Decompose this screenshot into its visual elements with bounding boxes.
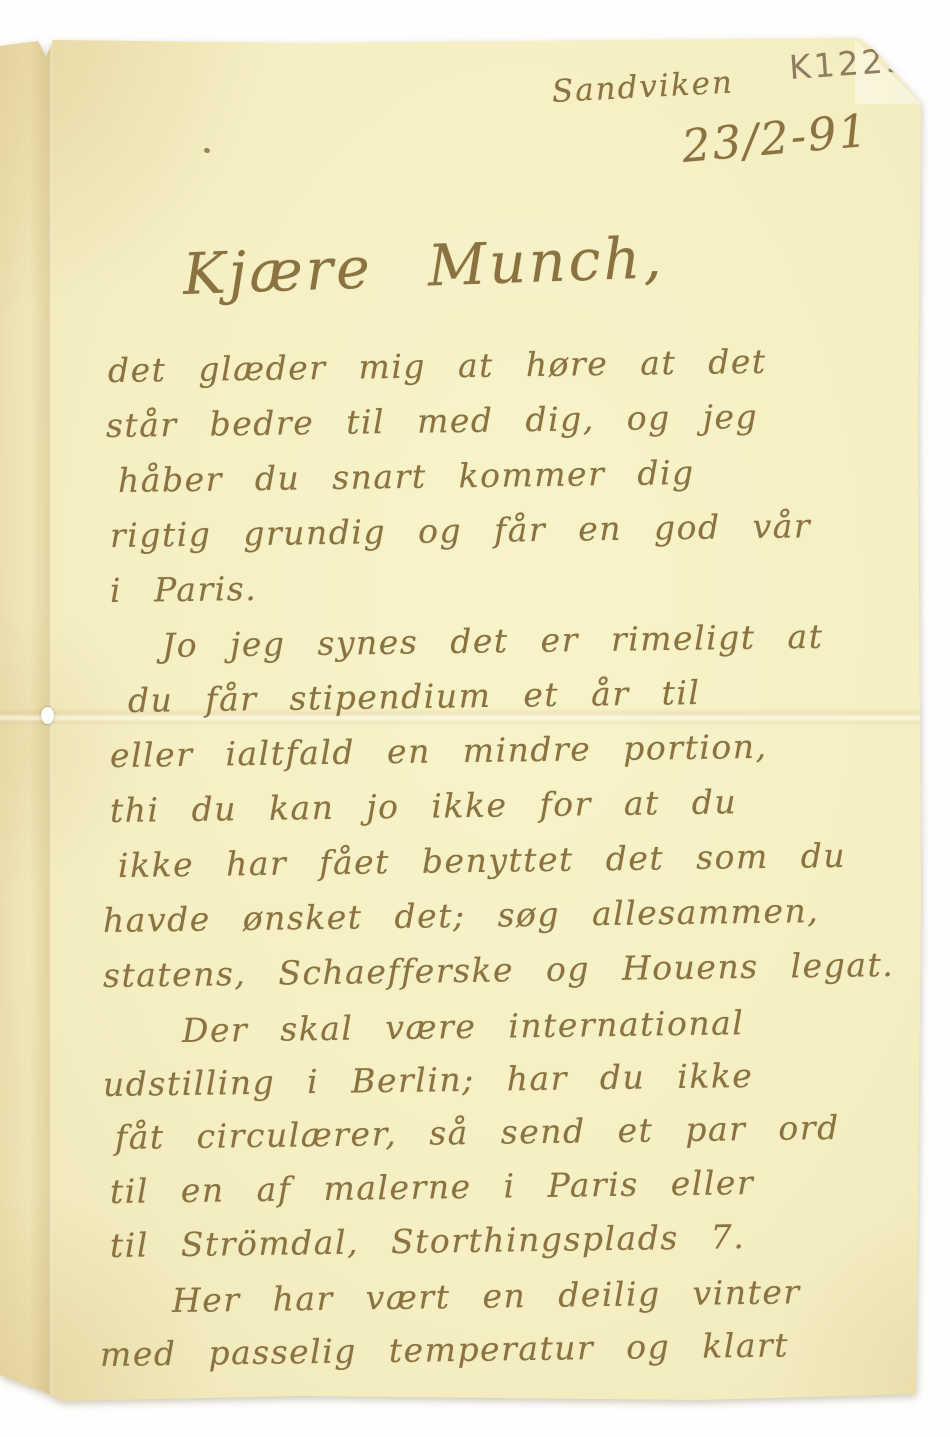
letter-line: du får stipendium et år til	[128, 676, 701, 717]
date-line: 23/2-91	[680, 104, 871, 173]
letter-line: rigtig grundig og får en god vår	[110, 509, 812, 552]
letter-line: står bedre til med dig, og jeg	[106, 400, 759, 442]
letter-line: Jo jeg synes det er rimeligt at	[162, 620, 824, 662]
letter-paper-wrap: K1223 Sandviken 23/2-91 Kjære Munch, det…	[0, 0, 950, 1437]
letter-line: ikke har fået benyttet det som du	[118, 839, 847, 882]
letter-line: det glæder mig at høre at det	[108, 345, 767, 387]
letter-line: i Paris.	[110, 572, 258, 607]
salutation: Kjære Munch,	[182, 225, 665, 308]
place-line: Sandviken	[551, 64, 735, 109]
letter-line: fåt circulærer, så send et par ord	[115, 1111, 840, 1154]
letter-line: Der skal være international	[182, 1006, 745, 1047]
scan-background: K1223 Sandviken 23/2-91 Kjære Munch, det…	[0, 0, 950, 1437]
letter-line: håber du snart kommer dig	[118, 456, 695, 497]
letter-line: thi du kan jo ikke for at du	[110, 785, 738, 827]
letter-line: til Strömdal, Storthingsplads 7.	[110, 1220, 746, 1262]
letter-line: Her har vært en deilig vinter	[172, 1275, 801, 1317]
letter-paper: K1223 Sandviken 23/2-91 Kjære Munch, det…	[0, 0, 950, 1437]
letter-line: til en af malerne i Paris eller	[110, 1166, 755, 1208]
letter-line: statens, Schaefferske og Houens legat.	[103, 948, 895, 992]
letter-line: udstilling i Berlin; har du ikke	[103, 1059, 754, 1101]
fold-pinhole	[41, 707, 54, 724]
letter-line: havde ønsket det; søg allesammen,	[103, 894, 820, 937]
letter-line: med passelig temperatur og klart	[100, 1328, 789, 1371]
ink-speck	[203, 147, 210, 154]
letter-line: eller ialtfald en mindre portion,	[110, 730, 768, 772]
